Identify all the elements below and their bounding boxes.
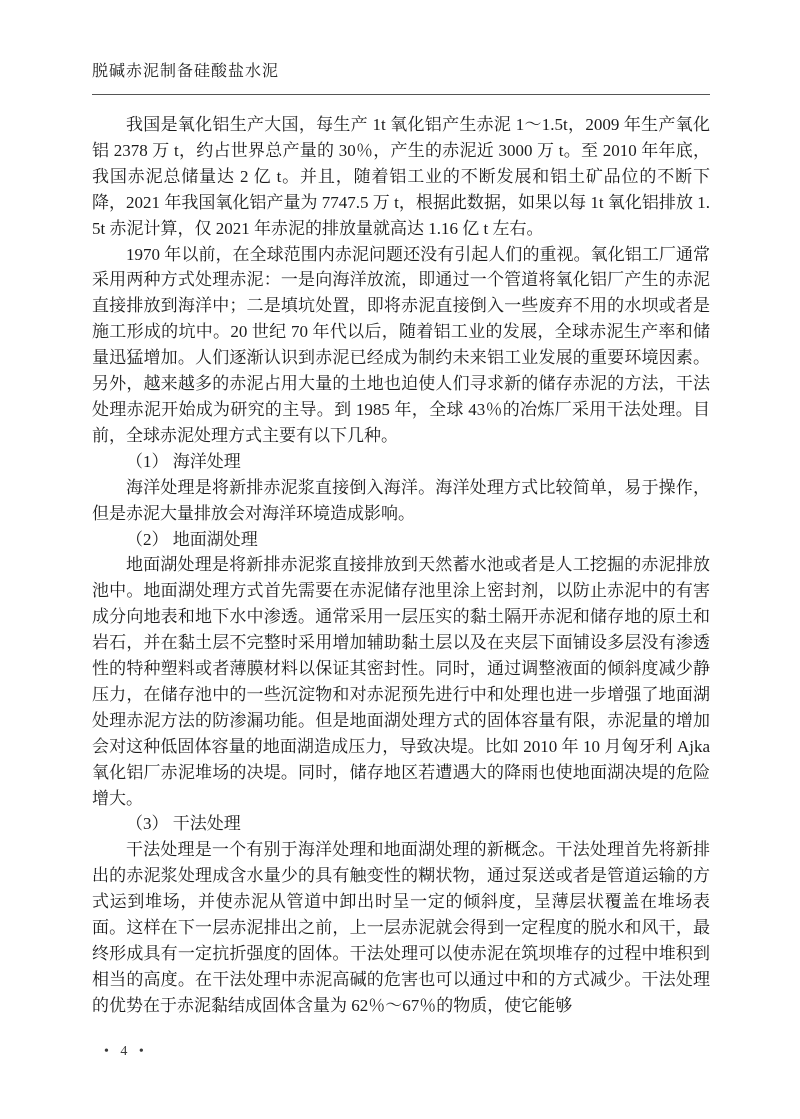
section-heading-surface-lake-disposal: （2） 地面湖处理 xyxy=(92,527,710,553)
page-number: • 4 • xyxy=(104,1044,148,1060)
body-paragraph-5: 干法处理是一个有别于海洋处理和地面湖处理的新概念。干法处理首先将新排出的赤泥浆处… xyxy=(92,837,710,1018)
running-header: 脱碱赤泥制备硅酸盐水泥 xyxy=(92,58,710,95)
body-paragraph-2: 1970 年以前，在全球范围内赤泥问题还没有引起人们的重视。氧化铝工厂通常采用两… xyxy=(92,242,710,449)
body-paragraph-3: 海洋处理是将新排赤泥浆直接倒入海洋。海洋处理方式比较简单，易于操作，但是赤泥大量… xyxy=(92,475,710,527)
document-page: 脱碱赤泥制备硅酸盐水泥 我国是氧化铝生产大国，每生产 1t 氧化铝产生赤泥 1～… xyxy=(0,0,800,1119)
running-header-title: 脱碱赤泥制备硅酸盐水泥 xyxy=(92,58,710,94)
header-rule xyxy=(92,94,710,95)
section-heading-ocean-disposal: （1） 海洋处理 xyxy=(92,449,710,475)
body-paragraph-1: 我国是氧化铝生产大国，每生产 1t 氧化铝产生赤泥 1～1.5t，2009 年生… xyxy=(92,112,710,242)
section-heading-dry-disposal: （3） 干法处理 xyxy=(92,811,710,837)
body-paragraph-4: 地面湖处理是将新排赤泥浆直接排放到天然蓄水池或者是人工挖掘的赤泥排放池中。地面湖… xyxy=(92,552,710,811)
body-text: 我国是氧化铝生产大国，每生产 1t 氧化铝产生赤泥 1～1.5t，2009 年生… xyxy=(92,112,710,1019)
